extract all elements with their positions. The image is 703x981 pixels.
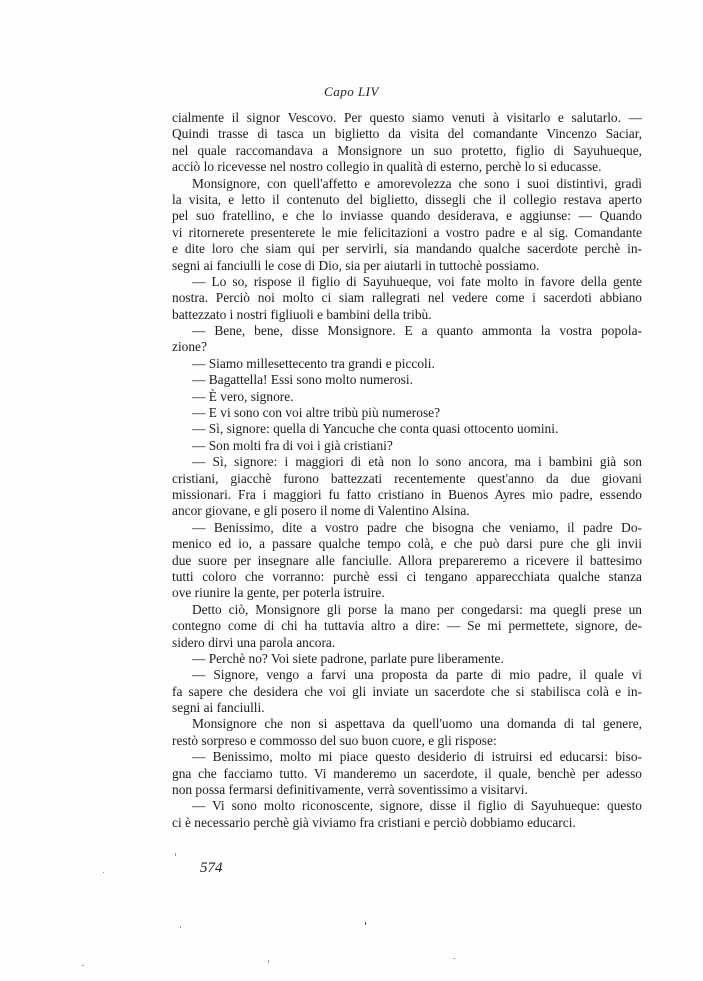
text-line: — Sì, signore: i maggiori di età non lo …	[172, 454, 642, 470]
text-line: cialmente il signor Vescovo. Per questo …	[172, 110, 642, 126]
text-line: nel quale raccomandava a Monsignore un s…	[172, 143, 642, 159]
text-line: — Lo so, rispose il figlio di Sayuhueque…	[172, 274, 642, 290]
text-line: acciò lo ricevesse nel nostro collegio i…	[172, 159, 642, 175]
text-line: battezzato i nostri figliuoli e bambini …	[172, 307, 642, 323]
scan-speck	[268, 960, 269, 963]
scan-speck	[103, 872, 104, 873]
text-line: — Bene, bene, disse Monsignore. E a quan…	[172, 323, 642, 339]
text-line: gna che facciamo tutto. Vi manderemo un …	[172, 766, 642, 782]
text-line: segni ai fanciulli.	[172, 700, 642, 716]
text-line: Detto ciò, Monsignore gli porse la mano …	[172, 602, 642, 618]
scan-speck	[453, 958, 455, 959]
text-line: — Bagattella! Essi sono molto numerosi.	[172, 372, 642, 388]
text-line: non possa fermarsi definitivamente, verr…	[172, 782, 642, 798]
text-line: nostra. Perciò noi molto ci siam rallegr…	[172, 290, 642, 306]
text-line: ancor giovane, e gli posero il nome di V…	[172, 503, 642, 519]
text-line: ove riunire la gente, per poterla istrui…	[172, 585, 642, 601]
text-line: — Siamo millesettecento tra grandi e pic…	[172, 356, 642, 372]
text-line: tutti coloro che vorranno: purchè essi c…	[172, 569, 642, 585]
text-line: menico ed io, a passare qualche tempo co…	[172, 536, 642, 552]
scan-speck	[180, 926, 181, 928]
text-line: — Perchè no? Voi siete padrone, parlate …	[172, 651, 642, 667]
text-line: sidero dirvi una parola ancora.	[172, 635, 642, 651]
text-line: missionari. Fra i maggiori fu fatto cris…	[172, 487, 642, 503]
text-line: — Benissimo, molto mi piace questo desid…	[172, 749, 642, 765]
body-text: cialmente il signor Vescovo. Per questo …	[172, 110, 642, 831]
text-line: Monsignore, con quell'affetto e amorevol…	[172, 176, 642, 192]
text-line: — È vero, signore.	[172, 389, 642, 405]
document-page: Capo LIV cialmente il signor Vescovo. Pe…	[0, 0, 703, 981]
scan-speck	[82, 965, 84, 966]
text-line: — Benissimo, dite a vostro padre che bis…	[172, 520, 642, 536]
text-line: restò sorpreso e commosso del suo buon c…	[172, 733, 642, 749]
text-line: la visita, e letto il contenuto del bigl…	[172, 192, 642, 208]
text-line: e dite loro che siam qui per servirli, s…	[172, 241, 642, 257]
text-line: — Signore, vengo a farvi una proposta da…	[172, 667, 642, 683]
text-line: vi ritornerete presenterete le mie felic…	[172, 225, 642, 241]
running-head: Capo LIV	[0, 84, 703, 100]
text-line: — Sì, signore: quella di Yancuche che co…	[172, 421, 642, 437]
text-line: pel suo fratellino, e che lo inviasse qu…	[172, 208, 642, 224]
text-line: zione?	[172, 339, 642, 355]
text-line: due suore per insegnare alle fanciulle. …	[172, 553, 642, 569]
text-line: — Son molti fra di voi i già cristiani?	[172, 438, 642, 454]
text-line: segni ai fanciulli le cose di Dio, sia p…	[172, 258, 642, 274]
text-line: — E vi sono con voi altre tribù più nume…	[172, 405, 642, 421]
text-line: fa sapere che desidera che voi gli invia…	[172, 684, 642, 700]
text-line: contegno come di chi ha tuttavia altro a…	[172, 618, 642, 634]
text-line: ci è necessario perchè già viviamo fra c…	[172, 815, 642, 831]
text-line: — Vi sono molto riconoscente, signore, d…	[172, 798, 642, 814]
text-line: Monsignore che non si aspettava da quell…	[172, 716, 642, 732]
scan-speck	[175, 853, 176, 856]
text-line: cristiani, giacchè furono battezzati rec…	[172, 471, 642, 487]
page-number: 574	[200, 860, 223, 877]
text-line: Quindi trasse di tasca un biglietto da v…	[172, 126, 642, 142]
scan-speck	[365, 922, 366, 925]
